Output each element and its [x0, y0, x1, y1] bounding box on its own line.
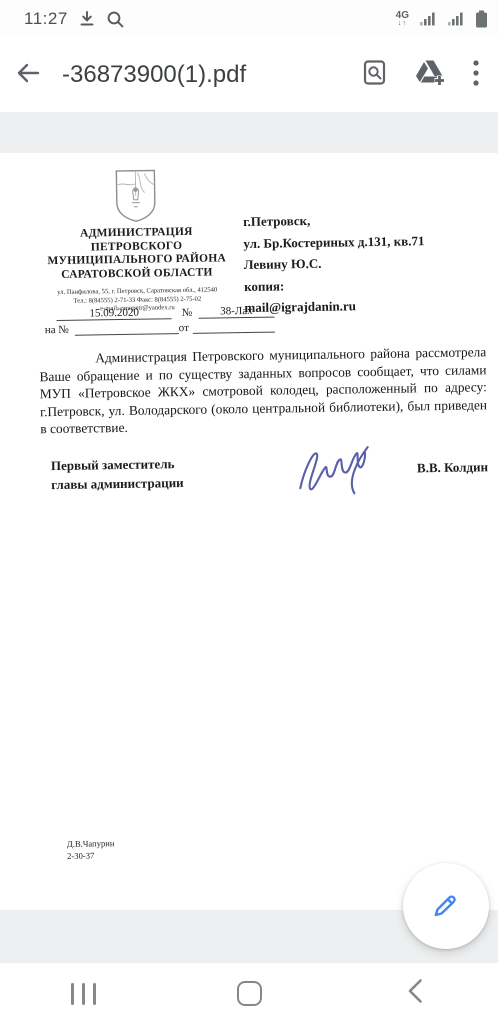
- pdf-viewer-toolbar: -36873900(1).pdf: [0, 38, 498, 112]
- home-button[interactable]: [166, 981, 332, 1006]
- letterhead: АДМИНИСТРАЦИЯ ПЕТРОВСКОГО МУНИЦИПАЛЬНОГО…: [30, 167, 242, 315]
- org-name-line: САРАТОВСКОЙ ОБЛАСТИ: [32, 266, 242, 283]
- chevron-left-icon: [407, 978, 423, 1009]
- back-button[interactable]: [0, 60, 56, 91]
- add-to-drive-button[interactable]: [414, 58, 446, 93]
- pdf-page[interactable]: АДМИНИСТРАЦИЯ ПЕТРОВСКОГО МУНИЦИПАЛЬНОГО…: [0, 153, 498, 910]
- phone-screen: 11:27 4G ↓↑: [0, 0, 498, 1024]
- pencil-icon: [431, 889, 461, 924]
- letter-date: 15.09.2020: [56, 306, 171, 321]
- ref-from-label: от: [179, 322, 189, 334]
- recipient-block: г.Петровск, ул. Бр.Костериных д.131, кв.…: [243, 208, 426, 318]
- download-icon: [78, 10, 96, 28]
- edit-fab-button[interactable]: [403, 863, 489, 949]
- recipient-line: г.Петровск,: [243, 208, 424, 232]
- arrow-left-icon: [15, 60, 41, 91]
- battery-icon: [475, 10, 488, 28]
- signal-icon-sim2: [447, 11, 465, 27]
- ref-label: на №: [45, 324, 69, 336]
- signal-icon: [419, 11, 437, 27]
- letter-body: Администрация Петровского муниципального…: [39, 343, 487, 438]
- android-nav-bar: [0, 962, 498, 1024]
- network-type-indicator: 4G ↓↑: [396, 11, 409, 27]
- viewer-background-top: [0, 112, 498, 153]
- signature-row: Первый заместитель главы администрации В…: [51, 449, 489, 494]
- recents-button[interactable]: [0, 983, 166, 1005]
- clock: 11:27: [10, 9, 68, 29]
- scanned-letter: АДМИНИСТРАЦИЯ ПЕТРОВСКОГО МУНИЦИПАЛЬНОГО…: [0, 149, 498, 914]
- executor-name: Д.В.Чапурин: [67, 837, 115, 850]
- handwritten-signature-icon: [296, 443, 375, 500]
- coat-of-arms: [114, 168, 157, 223]
- nav-back-button[interactable]: [332, 978, 498, 1009]
- number-sign: №: [182, 307, 193, 319]
- executor-phone: 2-30-37: [67, 849, 115, 862]
- overflow-menu-button[interactable]: [472, 59, 480, 92]
- signer-name: В.В. Колдин: [417, 459, 488, 476]
- recipient-line: ул. Бр.Костериных д.131, кв.71: [243, 230, 424, 254]
- status-bar: 11:27 4G ↓↑: [0, 0, 498, 38]
- recents-icon: [71, 983, 96, 1005]
- executor-block: Д.В.Чапурин 2-30-37: [67, 837, 115, 862]
- document-title: -36873900(1).pdf: [56, 61, 361, 89]
- reference-block: 15.09.2020 № 38-Лах на № от: [44, 305, 274, 337]
- search-icon: [106, 10, 125, 29]
- recipient-line: копия:: [244, 273, 425, 297]
- recipient-line: mail@igrajdanin.ru: [244, 294, 425, 318]
- find-in-file-button[interactable]: [361, 59, 388, 91]
- recipient-line: Левину Ю.С.: [244, 251, 425, 275]
- home-icon: [237, 981, 262, 1006]
